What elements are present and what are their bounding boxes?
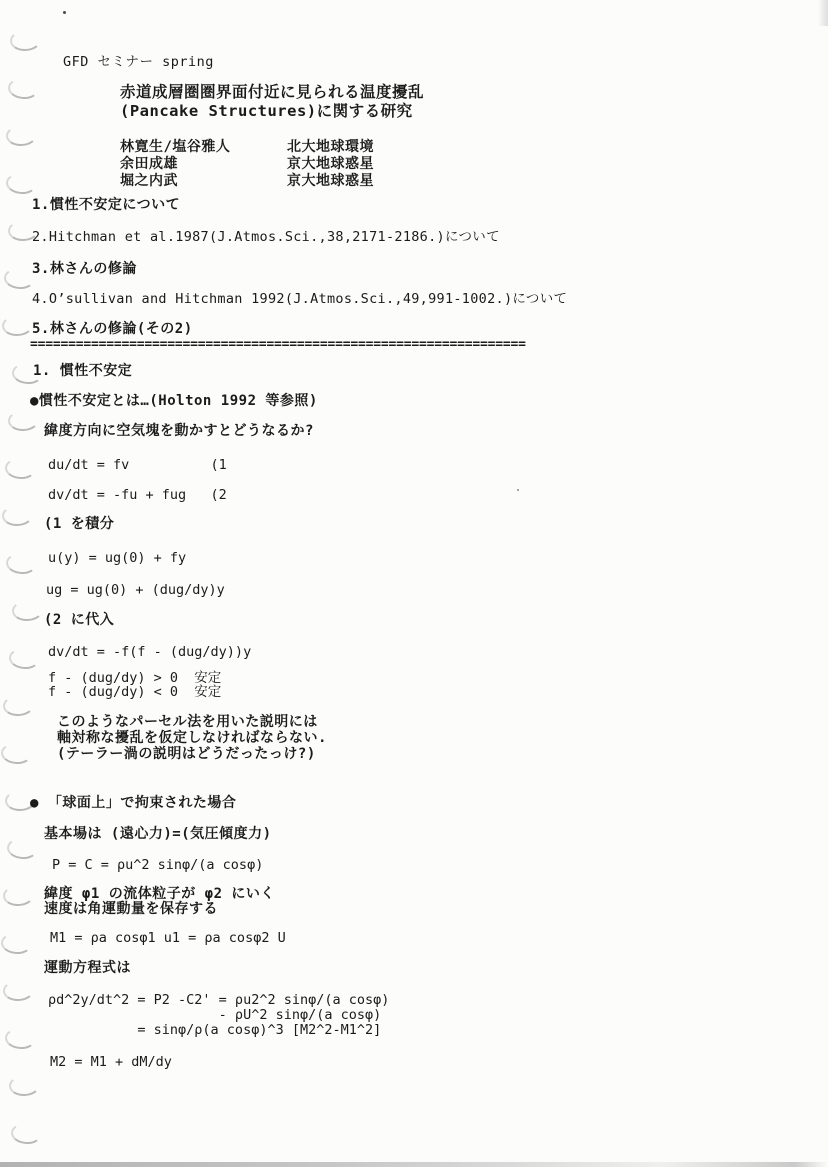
equation-du-dt: du/dt = fv (1 (48, 458, 227, 474)
binding-hole (10, 1121, 42, 1144)
parcel-note-line3: (テーラー渦の説明はどうだったっけ?) (57, 746, 316, 762)
binding-hole (5, 124, 37, 147)
section1-question: 緯度方向に空気塊を動かすとどうなるか? (44, 423, 314, 439)
binding-hole (8, 1074, 40, 1097)
scan-speck (63, 11, 66, 14)
particle-note-line1: 緯度 φ1 の流体粒子が φ2 にいく (44, 886, 275, 902)
binding-hole (7, 76, 39, 99)
particle-note-line2: 速度は角運動量を保存する (44, 901, 218, 917)
binding-hole (2, 979, 34, 1002)
binding-hole (3, 266, 35, 289)
document-title-line2: (Pancake Structures)に関する研究 (120, 103, 413, 121)
stability-condition-negative: f - (dug/dy) < 0 安定 (48, 685, 221, 701)
equation-m2: M2 = M1 + dM/dy (50, 1055, 172, 1071)
scanned-document-page: GFD セミナー spring 赤道成層圏圏界面付近に見られる温度擾乱 (Pan… (0, 0, 828, 1167)
scan-bottom-edge (0, 1162, 828, 1167)
author-affiliation: 京大地球惑星 (287, 170, 374, 190)
agenda-item-4: 4.O’sullivan and Hitchman 1992(J.Atmos.S… (32, 292, 567, 308)
integrate-note: (1 を積分 (44, 516, 114, 532)
agenda-item-5: 5.林さんの修論(その2) (32, 321, 193, 337)
motion-equation-note: 運動方程式は (44, 960, 131, 976)
document-header: GFD セミナー spring (63, 55, 214, 71)
equation-ug: ug = ug(0) + (dug/dy)y (46, 583, 225, 599)
agenda-item-1: 1.慣性不安定について (32, 197, 180, 213)
equation-dv-dt-2: dv/dt = -f(f - (dug/dy))y (48, 645, 251, 661)
binding-hole (1, 504, 33, 527)
equation-m1: M1 = ρa cosφ1 u1 = ρa cosφ2 U (50, 931, 286, 947)
binding-hole (8, 646, 40, 669)
equation-dv-dt: dv/dt = -fu + fug (2 (48, 488, 227, 504)
equation-motion-line3: = sinφ/ρ(a cosφ)^3 [M2^2-M1^2] (48, 1023, 381, 1039)
binding-hole (5, 551, 37, 574)
binding-hole (2, 694, 34, 717)
agenda-item-3: 3.林さんの修論 (32, 261, 137, 277)
binding-hole (11, 599, 43, 622)
separator-line: ========================================… (30, 338, 526, 353)
binding-hole (1, 314, 33, 337)
binding-hole (0, 931, 32, 954)
section1-heading: 1. 慣性不安定 (33, 363, 132, 379)
binding-hole (2, 884, 34, 907)
binding-hole (5, 171, 37, 194)
basic-state-note: 基本場は (遠心力)=(気圧傾度力) (44, 826, 272, 842)
parcel-note-line1: このようなパーセル法を用いた説明には (57, 714, 318, 730)
section2-bullet: ● 「球面上」で拘束された場合 (30, 795, 236, 811)
substitute-note: (2 に代入 (44, 612, 114, 628)
binding-hole (7, 409, 39, 432)
binding-hole (0, 741, 32, 764)
document-title-line1: 赤道成層圏圏界面付近に見られる温度擾乱 (120, 84, 424, 102)
binding-hole (4, 1026, 36, 1049)
equation-u-y: u(y) = ug(0) + fy (48, 551, 186, 567)
equation-pressure: P = C = ρu^2 sinφ/(a cosφ) (52, 858, 263, 874)
author-name: 堀之内武 (120, 170, 178, 190)
agenda-item-2: 2.Hitchman et al.1987(J.Atmos.Sci.,38,21… (32, 230, 500, 246)
binding-hole (4, 456, 36, 479)
scan-corner-shadow (818, 0, 828, 26)
binding-hole (6, 836, 38, 859)
parcel-note-line2: 軸対称な擾乱を仮定しなければならない. (57, 730, 327, 746)
binding-hole (9, 29, 41, 52)
scan-speck (517, 489, 519, 491)
section1-bullet-intro: ●慣性不安定とは…(Holton 1992 等参照) (30, 393, 318, 409)
